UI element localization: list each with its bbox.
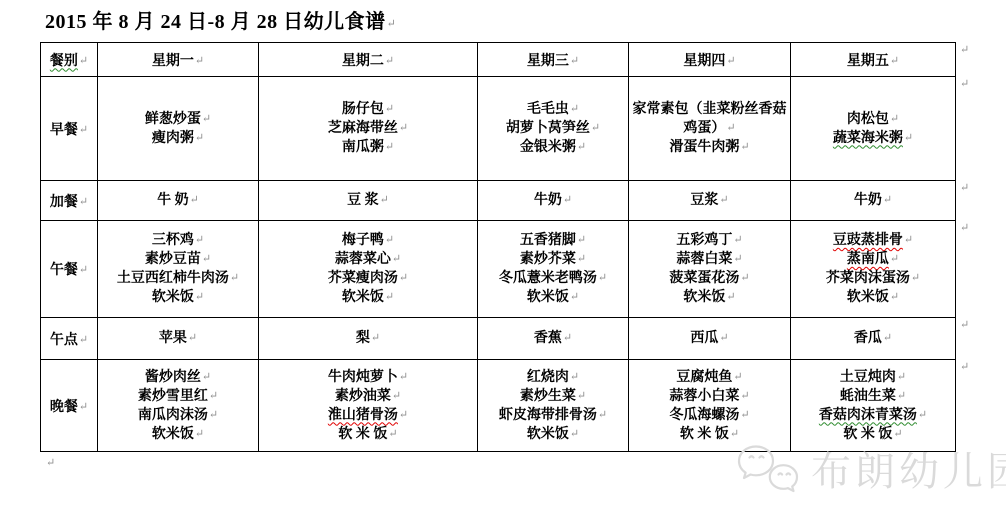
paragraph-mark: ↵ bbox=[577, 141, 586, 153]
menu-line-text: 南瓜肉沫汤 bbox=[138, 408, 208, 423]
menu-line-text: 软米饭 bbox=[342, 290, 384, 305]
menu-line-text: 胡萝卜莴笋丝 bbox=[506, 121, 590, 136]
menu-cell: 西瓜↵ bbox=[629, 318, 791, 360]
menu-line: 西瓜↵ bbox=[632, 329, 787, 348]
meal-label-text: 加餐 bbox=[50, 195, 78, 210]
paragraph-mark: ↵ bbox=[188, 332, 197, 344]
menu-line: 淮山猪骨汤↵ bbox=[262, 406, 474, 425]
menu-line: 软米饭↵ bbox=[101, 288, 255, 307]
paragraph-mark: ↵ bbox=[570, 103, 579, 115]
menu-line-text: 蒜蓉白菜 bbox=[676, 252, 732, 267]
menu-line-text: 红烧肉 bbox=[527, 370, 569, 385]
menu-cell: 香蕉↵ bbox=[478, 318, 629, 360]
menu-line-text: 软米饭 bbox=[527, 427, 569, 442]
meal-label-text: 早餐 bbox=[50, 123, 78, 138]
paragraph-mark: ↵ bbox=[202, 371, 211, 383]
menu-line-text: 肠仔包 bbox=[342, 102, 384, 117]
paragraph-mark: ↵ bbox=[195, 55, 204, 67]
menu-cell: 豆 浆↵ bbox=[259, 181, 478, 221]
menu-cell: 苹果↵ bbox=[98, 318, 259, 360]
paragraph-mark: ↵ bbox=[893, 428, 902, 440]
menu-line-text: 素炒芥菜 bbox=[520, 252, 576, 267]
menu-line: 南瓜肉沫汤↵ bbox=[101, 406, 255, 425]
menu-line: 蚝油生菜↵ bbox=[794, 387, 952, 406]
paragraph-mark: ↵ bbox=[726, 291, 735, 303]
row-end-mark: ↵ bbox=[960, 77, 969, 90]
menu-line: 香菇肉沫青菜汤↵ bbox=[794, 406, 952, 425]
meal-label: 加餐↵ bbox=[41, 181, 98, 221]
paragraph-mark: ↵ bbox=[385, 55, 394, 67]
row-end-mark: ↵ bbox=[960, 181, 969, 194]
menu-line: 牛肉炖萝卜↵ bbox=[262, 368, 474, 387]
menu-line-text: 西瓜 bbox=[690, 331, 718, 346]
menu-line-text: 豆浆 bbox=[690, 193, 718, 208]
menu-line: 芝麻海带丝↵ bbox=[262, 119, 474, 138]
menu-line: 软 米 饭↵ bbox=[794, 425, 952, 444]
meal-label: 午餐↵ bbox=[41, 221, 98, 318]
menu-line: 滑蛋牛肉粥↵ bbox=[632, 138, 787, 157]
menu-line: 香瓜↵ bbox=[794, 329, 952, 348]
header-cell-day: 星期二↵ bbox=[259, 43, 478, 77]
menu-cell: 五香猪脚↵素炒芥菜↵冬瓜薏米老鸭汤↵软米饭↵ bbox=[478, 221, 629, 318]
paragraph-mark: ↵ bbox=[890, 291, 899, 303]
paragraph-mark: ↵ bbox=[392, 390, 401, 402]
menu-line: 软米饭↵ bbox=[101, 425, 255, 444]
menu-line: 肉松包↵ bbox=[794, 110, 952, 129]
menu-line-text: 蔬菜海米粥 bbox=[833, 131, 903, 146]
menu-line: 酱炒肉丝↵ bbox=[101, 368, 255, 387]
page-title-text: 2015 年 8 月 24 日-8 月 28 日幼儿食谱 bbox=[45, 11, 386, 33]
paragraph-mark: ↵ bbox=[399, 371, 408, 383]
menu-cell: 牛 奶↵ bbox=[98, 181, 259, 221]
menu-line-text: 豆豉蒸排骨 bbox=[833, 233, 903, 248]
menu-line-text: 虾皮海带排骨汤 bbox=[499, 408, 597, 423]
menu-line: 蔬菜海米粥↵ bbox=[794, 129, 952, 148]
paragraph-mark: ↵ bbox=[598, 409, 607, 421]
menu-line-text: 毛毛虫 bbox=[527, 102, 569, 117]
menu-line: 豆浆↵ bbox=[632, 191, 787, 210]
menu-cell: 牛肉炖萝卜↵素炒油菜↵淮山猪骨汤↵软 米 饭↵ bbox=[259, 360, 478, 452]
menu-line: 土豆炖肉↵ bbox=[794, 368, 952, 387]
paragraph-mark: ↵ bbox=[385, 291, 394, 303]
row-end-mark: ↵ bbox=[960, 318, 969, 331]
menu-line: 软 米 饭↵ bbox=[632, 425, 787, 444]
menu-line-text: 蒸南瓜 bbox=[847, 252, 889, 267]
menu-line-text: 五彩鸡丁 bbox=[676, 233, 732, 248]
menu-line-text: 素炒生菜 bbox=[520, 389, 576, 404]
header-cell-text: 星期五 bbox=[847, 54, 889, 69]
menu-line-text: 芝麻海带丝 bbox=[328, 121, 398, 136]
menu-line-text: 软 米 饭 bbox=[338, 427, 387, 442]
menu-line: 梨↵ bbox=[262, 329, 474, 348]
menu-line: 芥菜瘦肉汤↵ bbox=[262, 269, 474, 288]
paragraph-mark: ↵ bbox=[904, 132, 913, 144]
menu-line-text: 瘦肉粥 bbox=[152, 131, 194, 146]
paragraph-mark: ↵ bbox=[918, 409, 927, 421]
paragraph-mark: ↵ bbox=[79, 401, 88, 413]
menu-line: 瘦肉粥↵ bbox=[101, 129, 255, 148]
menu-line: 素炒油菜↵ bbox=[262, 387, 474, 406]
paragraph-mark: ↵ bbox=[399, 122, 408, 134]
menu-line-text: 香菇肉沫青菜汤 bbox=[819, 408, 917, 423]
menu-line: 蒜蓉白菜↵ bbox=[632, 250, 787, 269]
menu-line-text: 苹果 bbox=[159, 331, 187, 346]
menu-line: 牛奶↵ bbox=[481, 191, 625, 210]
menu-line: 胡萝卜莴笋丝↵ bbox=[481, 119, 625, 138]
paragraph-mark: ↵ bbox=[399, 272, 408, 284]
menu-line-text: 豆 浆 bbox=[347, 193, 379, 208]
menu-cell: 牛奶↵ bbox=[791, 181, 956, 221]
menu-line: 牛奶↵ bbox=[794, 191, 952, 210]
menu-line: 软米饭↵ bbox=[632, 288, 787, 307]
paragraph-mark: ↵ bbox=[890, 55, 899, 67]
menu-line: 素炒芥菜↵ bbox=[481, 250, 625, 269]
menu-line-text: 肉松包 bbox=[847, 112, 889, 127]
paragraph-mark: ↵ bbox=[563, 332, 572, 344]
menu-line-text: 土豆西红柿牛肉汤 bbox=[117, 271, 229, 286]
menu-line-text: 牛奶 bbox=[534, 193, 562, 208]
menu-line: 蒜蓉菜心↵ bbox=[262, 250, 474, 269]
menu-cell: 五彩鸡丁↵蒜蓉白菜↵菠菜蛋花汤↵软米饭↵ bbox=[629, 221, 791, 318]
paragraph-mark: ↵ bbox=[209, 409, 218, 421]
paragraph-mark: ↵ bbox=[719, 194, 728, 206]
paragraph-mark: ↵ bbox=[890, 113, 899, 125]
paragraph-mark: ↵ bbox=[570, 428, 579, 440]
menu-line-text: 香瓜 bbox=[854, 331, 882, 346]
paragraph-mark: ↵ bbox=[399, 409, 408, 421]
menu-line-text: 鲜葱炒蛋 bbox=[145, 112, 201, 127]
menu-cell: 毛毛虫↵胡萝卜莴笋丝↵金银米粥↵ bbox=[478, 77, 629, 181]
paragraph-mark: ↵ bbox=[591, 122, 600, 134]
meal-label-text: 午点 bbox=[50, 333, 78, 348]
menu-line-text: 梅子鸭 bbox=[342, 233, 384, 248]
row-end-mark: ↵ bbox=[960, 360, 969, 373]
row-end-mark: ↵ bbox=[960, 43, 969, 56]
paragraph-mark: ↵ bbox=[740, 390, 749, 402]
paragraph-mark: ↵ bbox=[209, 390, 218, 402]
menu-line-text: 牛肉炖萝卜 bbox=[328, 370, 398, 385]
menu-line-text: 素炒油菜 bbox=[335, 389, 391, 404]
menu-table-body: 早餐↵鲜葱炒蛋↵瘦肉粥↵肠仔包↵芝麻海带丝↵南瓜粥↵毛毛虫↵胡萝卜莴笋丝↵金银米… bbox=[41, 77, 956, 452]
menu-line-text: 蚝油生菜 bbox=[840, 389, 896, 404]
menu-line: 软米饭↵ bbox=[262, 288, 474, 307]
menu-line: 虾皮海带排骨汤↵ bbox=[481, 406, 625, 425]
menu-line: 金银米粥↵ bbox=[481, 138, 625, 157]
menu-line: 豆 浆↵ bbox=[262, 191, 474, 210]
menu-line: 梅子鸭↵ bbox=[262, 231, 474, 250]
paragraph-mark: ↵ bbox=[79, 55, 88, 67]
header-cell-text: 星期一 bbox=[152, 54, 194, 69]
menu-line-text: 蒜蓉菜心 bbox=[335, 252, 391, 267]
page-title: 2015 年 8 月 24 日-8 月 28 日幼儿食谱↵ bbox=[45, 5, 396, 34]
menu-line-text: 牛 奶 bbox=[157, 193, 189, 208]
menu-line-text: 豆腐炖鱼 bbox=[676, 370, 732, 385]
paragraph-mark: ↵ bbox=[385, 234, 394, 246]
menu-line-text: 冬瓜薏米老鸭汤 bbox=[499, 271, 597, 286]
paragraph-mark: ↵ bbox=[730, 428, 739, 440]
menu-line-text: 软米饭 bbox=[152, 290, 194, 305]
menu-line-text: 三杯鸡 bbox=[152, 233, 194, 248]
menu-line: 三杯鸡↵ bbox=[101, 231, 255, 250]
menu-cell: 家常素包（韭菜粉丝香菇鸡蛋）↵滑蛋牛肉粥↵ bbox=[629, 77, 791, 181]
paragraph-mark: ↵ bbox=[190, 194, 199, 206]
menu-line-text: 梨 bbox=[356, 331, 370, 346]
paragraph-mark: ↵ bbox=[726, 122, 735, 134]
menu-cell: 肉松包↵蔬菜海米粥↵ bbox=[791, 77, 956, 181]
menu-line-text: 牛奶 bbox=[854, 193, 882, 208]
menu-line: 软米饭↵ bbox=[481, 425, 625, 444]
menu-line: 毛毛虫↵ bbox=[481, 100, 625, 119]
menu-cell: 红烧肉↵素炒生菜↵虾皮海带排骨汤↵软米饭↵ bbox=[478, 360, 629, 452]
menu-line-text: 香蕉 bbox=[534, 331, 562, 346]
header-cell-day: 星期五↵ bbox=[791, 43, 956, 77]
paragraph-mark: ↵ bbox=[719, 332, 728, 344]
paragraph-mark: ↵ bbox=[733, 234, 742, 246]
paragraph-mark: ↵ bbox=[385, 141, 394, 153]
paragraph-mark: ↵ bbox=[598, 272, 607, 284]
menu-line-text: 软米饭 bbox=[847, 290, 889, 305]
paragraph-mark: ↵ bbox=[392, 253, 401, 265]
menu-cell: 肠仔包↵芝麻海带丝↵南瓜粥↵ bbox=[259, 77, 478, 181]
paragraph-mark: ↵ bbox=[195, 428, 204, 440]
menu-line-text: 软米饭 bbox=[683, 290, 725, 305]
menu-line-text: 冬瓜海螺汤 bbox=[669, 408, 739, 423]
header-cell-day: 星期一↵ bbox=[98, 43, 259, 77]
menu-line: 红烧肉↵ bbox=[481, 368, 625, 387]
meal-row: 早餐↵鲜葱炒蛋↵瘦肉粥↵肠仔包↵芝麻海带丝↵南瓜粥↵毛毛虫↵胡萝卜莴笋丝↵金银米… bbox=[41, 77, 956, 181]
menu-line-text: 软米饭 bbox=[152, 427, 194, 442]
paragraph-mark: ↵ bbox=[570, 291, 579, 303]
menu-line: 素炒生菜↵ bbox=[481, 387, 625, 406]
menu-line: 软米饭↵ bbox=[794, 288, 952, 307]
paragraph-mark: ↵ bbox=[385, 103, 394, 115]
menu-line: 土豆西红柿牛肉汤↵ bbox=[101, 269, 255, 288]
paragraph-mark: ↵ bbox=[904, 234, 913, 246]
menu-line-text: 土豆炖肉 bbox=[840, 370, 896, 385]
paragraph-mark: ↵ bbox=[577, 234, 586, 246]
paragraph-mark: ↵ bbox=[577, 253, 586, 265]
menu-cell: 香瓜↵ bbox=[791, 318, 956, 360]
menu-line-text: 滑蛋牛肉粥 bbox=[669, 140, 739, 155]
paragraph-mark: ↵ bbox=[202, 253, 211, 265]
paragraph-mark: ↵ bbox=[202, 113, 211, 125]
paragraph-mark: ↵ bbox=[230, 272, 239, 284]
menu-line: 南瓜粥↵ bbox=[262, 138, 474, 157]
paragraph-mark: ↵ bbox=[883, 194, 892, 206]
menu-line: 豆豉蒸排骨↵ bbox=[794, 231, 952, 250]
paragraph-mark: ↵ bbox=[733, 253, 742, 265]
menu-line-text: 酱炒肉丝 bbox=[145, 370, 201, 385]
menu-table: 餐别↵星期一↵星期二↵星期三↵星期四↵星期五↵ 早餐↵鲜葱炒蛋↵瘦肉粥↵肠仔包↵… bbox=[40, 42, 956, 452]
menu-cell: 梅子鸭↵蒜蓉菜心↵芥菜瘦肉汤↵软米饭↵ bbox=[259, 221, 478, 318]
meal-label: 午点↵ bbox=[41, 318, 98, 360]
menu-line: 五彩鸡丁↵ bbox=[632, 231, 787, 250]
paragraph-mark: ↵ bbox=[79, 196, 88, 208]
document-page: 2015 年 8 月 24 日-8 月 28 日幼儿食谱↵ 餐别↵星期一↵星期二… bbox=[0, 0, 1006, 518]
menu-cell: 梨↵ bbox=[259, 318, 478, 360]
header-cell-day: 星期四↵ bbox=[629, 43, 791, 77]
header-cell-text: 星期四 bbox=[683, 54, 725, 69]
row-end-mark: ↵ bbox=[960, 221, 969, 234]
menu-line-text: 五香猪脚 bbox=[520, 233, 576, 248]
paragraph-mark: ↵ bbox=[380, 194, 389, 206]
paragraph-mark: ↵ bbox=[570, 55, 579, 67]
menu-cell: 鲜葱炒蛋↵瘦肉粥↵ bbox=[98, 77, 259, 181]
menu-line-text: 素炒雪里红 bbox=[138, 389, 208, 404]
paragraph-mark: ↵ bbox=[577, 390, 586, 402]
menu-line-text: 家常素包（韭菜粉丝香菇鸡蛋） bbox=[633, 102, 787, 136]
menu-cell: 豆豉蒸排骨↵蒸南瓜↵芥菜肉沫蛋汤↵软米饭↵ bbox=[791, 221, 956, 318]
menu-cell: 酱炒肉丝↵素炒雪里红↵南瓜肉沫汤↵软米饭↵ bbox=[98, 360, 259, 452]
header-cell-day: 星期三↵ bbox=[478, 43, 629, 77]
paragraph-mark: ↵ bbox=[740, 409, 749, 421]
menu-line: 苹果↵ bbox=[101, 329, 255, 348]
meal-row: 加餐↵牛 奶↵豆 浆↵牛奶↵豆浆↵牛奶↵ bbox=[41, 181, 956, 221]
menu-line: 豆腐炖鱼↵ bbox=[632, 368, 787, 387]
paragraph-mark: ↵ bbox=[570, 371, 579, 383]
menu-line: 牛 奶↵ bbox=[101, 191, 255, 210]
paragraph-mark: ↵ bbox=[733, 371, 742, 383]
menu-line-text: 菠菜蛋花汤 bbox=[669, 271, 739, 286]
paragraph-mark: ↵ bbox=[195, 132, 204, 144]
menu-line: 蒜蓉小白菜↵ bbox=[632, 387, 787, 406]
paragraph-mark: ↵ bbox=[897, 371, 906, 383]
menu-line: 香蕉↵ bbox=[481, 329, 625, 348]
menu-line-text: 南瓜粥 bbox=[342, 140, 384, 155]
menu-line: 肠仔包↵ bbox=[262, 100, 474, 119]
menu-line-text: 软米饭 bbox=[527, 290, 569, 305]
menu-cell: 豆浆↵ bbox=[629, 181, 791, 221]
paragraph-mark: ↵ bbox=[740, 272, 749, 284]
menu-cell: 三杯鸡↵素炒豆苗↵土豆西红柿牛肉汤↵软米饭↵ bbox=[98, 221, 259, 318]
menu-line: 软 米 饭↵ bbox=[262, 425, 474, 444]
meal-label: 晚餐↵ bbox=[41, 360, 98, 452]
meal-row: 晚餐↵酱炒肉丝↵素炒雪里红↵南瓜肉沫汤↵软米饭↵牛肉炖萝卜↵素炒油菜↵淮山猪骨汤… bbox=[41, 360, 956, 452]
meal-label-text: 午餐 bbox=[50, 263, 78, 278]
menu-line: 鲜葱炒蛋↵ bbox=[101, 110, 255, 129]
paragraph-mark: ↵ bbox=[371, 332, 380, 344]
paragraph-mark: ↵ bbox=[890, 253, 899, 265]
menu-line-text: 素炒豆苗 bbox=[145, 252, 201, 267]
paragraph-mark: ↵ bbox=[79, 124, 88, 136]
menu-line-text: 芥菜肉沫蛋汤 bbox=[826, 271, 910, 286]
meal-label: 早餐↵ bbox=[41, 77, 98, 181]
meal-label-text: 晚餐 bbox=[50, 400, 78, 415]
header-cell-meal-type: 餐别↵ bbox=[41, 43, 98, 77]
menu-line: 素炒豆苗↵ bbox=[101, 250, 255, 269]
paragraph-mark: ↵ bbox=[563, 194, 572, 206]
menu-line: 菠菜蛋花汤↵ bbox=[632, 269, 787, 288]
menu-line-text: 芥菜瘦肉汤 bbox=[328, 271, 398, 286]
menu-cell: 土豆炖肉↵蚝油生菜↵香菇肉沫青菜汤↵软 米 饭↵ bbox=[791, 360, 956, 452]
watermark-text: 布朗幼儿园 bbox=[811, 452, 1006, 492]
paragraph-mark: ↵ bbox=[388, 428, 397, 440]
menu-line-text: 金银米粥 bbox=[520, 140, 576, 155]
menu-line: 素炒雪里红↵ bbox=[101, 387, 255, 406]
menu-line: 冬瓜薏米老鸭汤↵ bbox=[481, 269, 625, 288]
paragraph-mark: ↵ bbox=[911, 272, 920, 284]
paragraph-mark: ↵ bbox=[195, 291, 204, 303]
menu-line-text: 软 米 饭 bbox=[680, 427, 729, 442]
header-row: 餐别↵星期一↵星期二↵星期三↵星期四↵星期五↵ bbox=[41, 43, 956, 77]
menu-line: 软米饭↵ bbox=[481, 288, 625, 307]
wechat-icon bbox=[735, 444, 801, 500]
meal-row: 午点↵苹果↵梨↵香蕉↵西瓜↵香瓜↵ bbox=[41, 318, 956, 360]
paragraph-mark: ↵ bbox=[897, 390, 906, 402]
header-cell-text: 星期二 bbox=[342, 54, 384, 69]
paragraph-mark: ↵ bbox=[740, 141, 749, 153]
paragraph-mark: ↵ bbox=[883, 332, 892, 344]
paragraph-mark: ↵ bbox=[726, 55, 735, 67]
menu-line: 家常素包（韭菜粉丝香菇鸡蛋）↵ bbox=[632, 100, 787, 138]
paragraph-mark: ↵ bbox=[79, 264, 88, 276]
menu-cell: 牛奶↵ bbox=[478, 181, 629, 221]
header-cell-text: 餐别 bbox=[50, 54, 78, 69]
menu-line: 芥菜肉沫蛋汤↵ bbox=[794, 269, 952, 288]
menu-line-text: 淮山猪骨汤 bbox=[328, 408, 398, 423]
after-table-paragraph-mark: ↵ bbox=[46, 456, 55, 469]
menu-line: 冬瓜海螺汤↵ bbox=[632, 406, 787, 425]
paragraph-mark: ↵ bbox=[79, 334, 88, 346]
header-cell-text: 星期三 bbox=[527, 54, 569, 69]
paragraph-mark: ↵ bbox=[387, 18, 397, 30]
menu-line: 五香猪脚↵ bbox=[481, 231, 625, 250]
menu-line-text: 软 米 饭 bbox=[843, 427, 892, 442]
meal-row: 午餐↵三杯鸡↵素炒豆苗↵土豆西红柿牛肉汤↵软米饭↵梅子鸭↵蒜蓉菜心↵芥菜瘦肉汤↵… bbox=[41, 221, 956, 318]
menu-line: 蒸南瓜↵ bbox=[794, 250, 952, 269]
menu-line-text: 蒜蓉小白菜 bbox=[669, 389, 739, 404]
watermark: 布朗幼儿园 bbox=[735, 444, 1006, 500]
paragraph-mark: ↵ bbox=[195, 234, 204, 246]
menu-cell: 豆腐炖鱼↵蒜蓉小白菜↵冬瓜海螺汤↵软 米 饭↵ bbox=[629, 360, 791, 452]
